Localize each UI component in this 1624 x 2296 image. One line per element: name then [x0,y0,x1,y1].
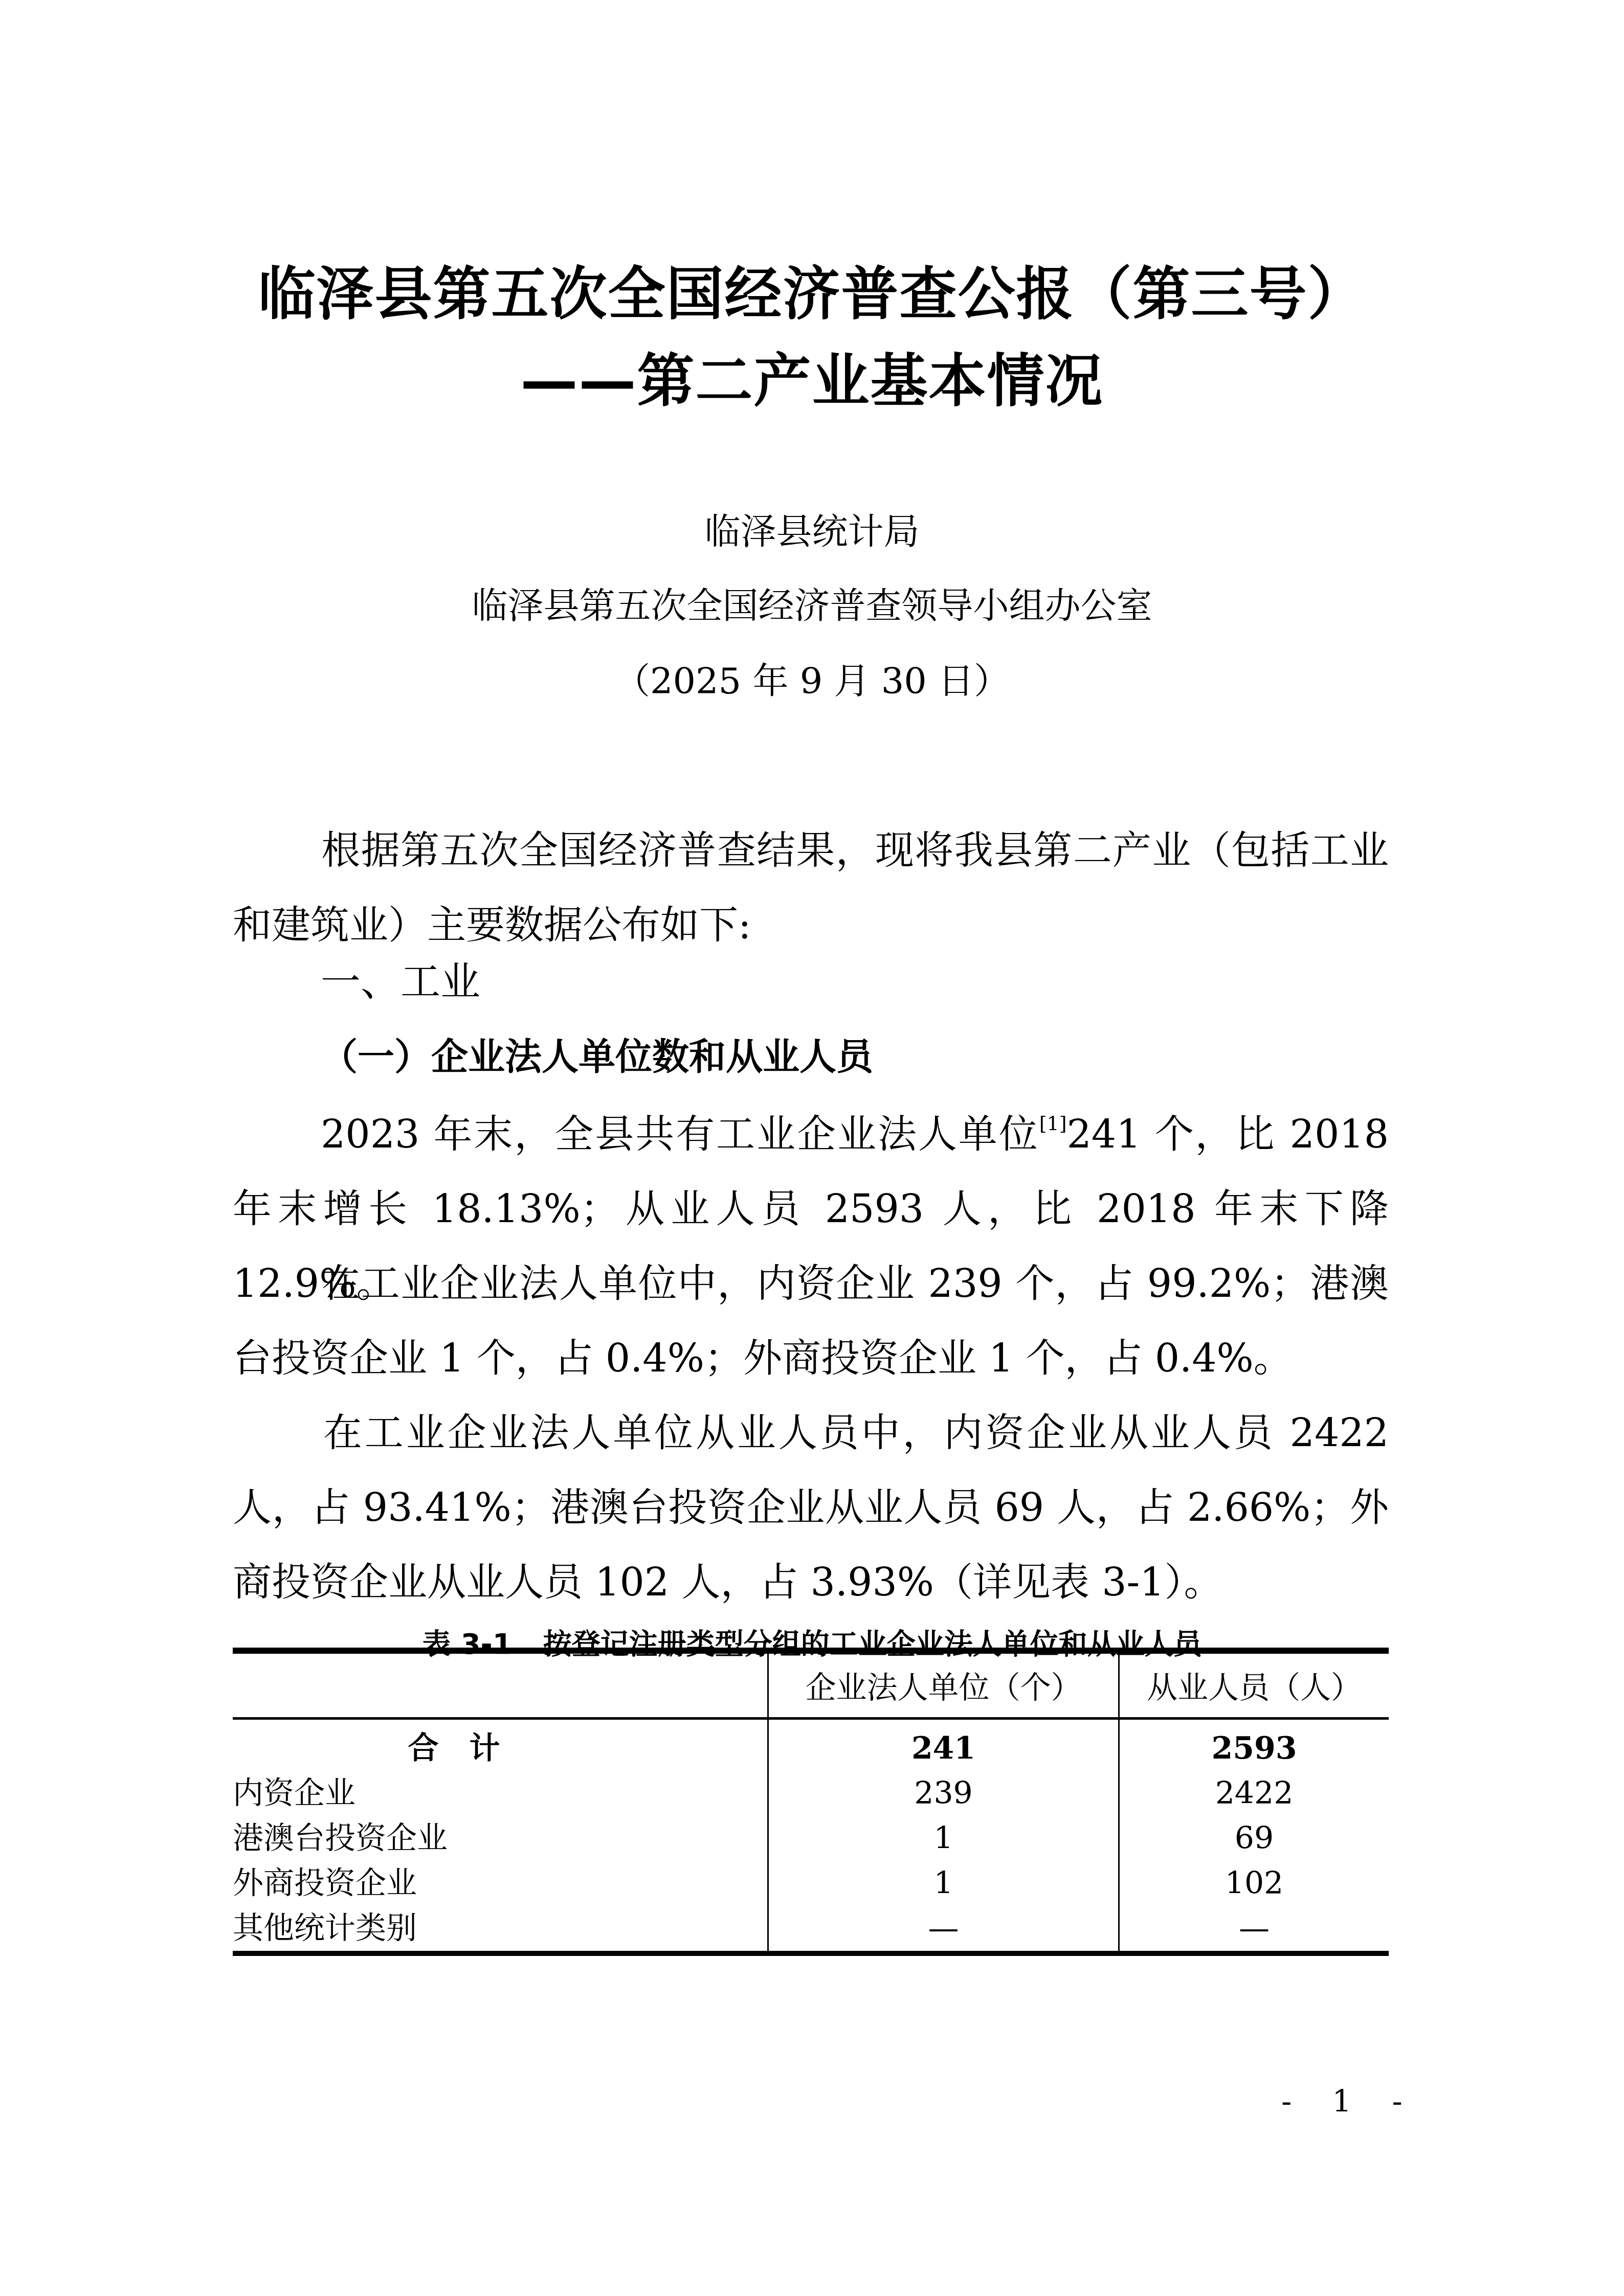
table-header-row: 企业法人单位（个） 从业人员（人） [233,1654,1389,1719]
table-row: 内资企业 239 2422 [233,1771,1389,1816]
row-employees: 2593 [1119,1719,1389,1771]
row-units: 1 [768,1861,1119,1906]
document-subtitle: ——第二产业基本情况 [0,353,1624,410]
page-number: - 1 - [1281,2086,1418,2117]
row-employees: 102 [1119,1861,1389,1906]
employees-text: 在工业企业法人单位从业人员中，内资企业从业人员 2422 人，占 93.41%；… [233,1410,1389,1605]
header-category [233,1654,768,1719]
row-units: — [768,1906,1119,1953]
row-label: 其他统计类别 [233,1906,768,1953]
issuer-statistics-bureau: 临泽县统计局 [0,514,1624,550]
row-label: 外商投资企业 [233,1861,768,1906]
row-label: 合计 [233,1719,768,1771]
intro-text: 根据第五次全国经济普查结果，现将我县第二产业（包括工业和建筑业）主要数据公布如下… [233,827,1389,948]
row-label: 内资企业 [233,1771,768,1816]
row-employees: 2422 [1119,1771,1389,1816]
row-units: 239 [768,1771,1119,1816]
header-units: 企业法人单位（个） [768,1654,1119,1719]
publish-date: （2025 年 9 月 30 日） [0,663,1624,699]
intro-paragraph: 根据第五次全国经济普查结果，现将我县第二产业（包括工业和建筑业）主要数据公布如下… [233,813,1389,962]
row-employees: — [1119,1906,1389,1953]
footnote-ref[interactable]: [1] [1039,1112,1067,1135]
row-units: 241 [768,1719,1119,1771]
industry-units-table: 企业法人单位（个） 从业人员（人） 合计 241 2593 内资企业 239 2… [233,1648,1389,1956]
document-page: 临泽县第五次全国经济普查公报（第三号） ——第二产业基本情况 临泽县统计局 临泽… [0,0,1624,2296]
header-employees: 从业人员（人） [1119,1654,1389,1719]
row-employees: 69 [1119,1816,1389,1861]
units-text-part1: 2023 年末，全县共有工业企业法人单位 [321,1111,1039,1157]
registration-types-paragraph: 在工业企业法人单位中，内资企业 239 个，占 99.2%；港澳台投资企业 1 … [233,1246,1389,1395]
row-units: 1 [768,1816,1119,1861]
section-heading-industry: 一、工业 [321,962,480,1002]
row-label: 港澳台投资企业 [233,1816,768,1861]
table-row-total: 合计 241 2593 [233,1719,1389,1771]
table-row: 港澳台投资企业 1 69 [233,1816,1389,1861]
table-row: 外商投资企业 1 102 [233,1861,1389,1906]
registration-types-text: 在工业企业法人单位中，内资企业 239 个，占 99.2%；港澳台投资企业 1 … [233,1260,1389,1381]
subsection-heading-units: （一）企业法人单位数和从业人员 [321,1038,873,1075]
employees-paragraph: 在工业企业法人单位从业人员中，内资企业从业人员 2422 人，占 93.41%；… [233,1395,1389,1619]
document-title: 临泽县第五次全国经济普查公报（第三号） [0,266,1624,323]
table-row: 其他统计类别 — — [233,1906,1389,1953]
issuer-census-office: 临泽县第五次全国经济普查领导小组办公室 [0,588,1624,624]
